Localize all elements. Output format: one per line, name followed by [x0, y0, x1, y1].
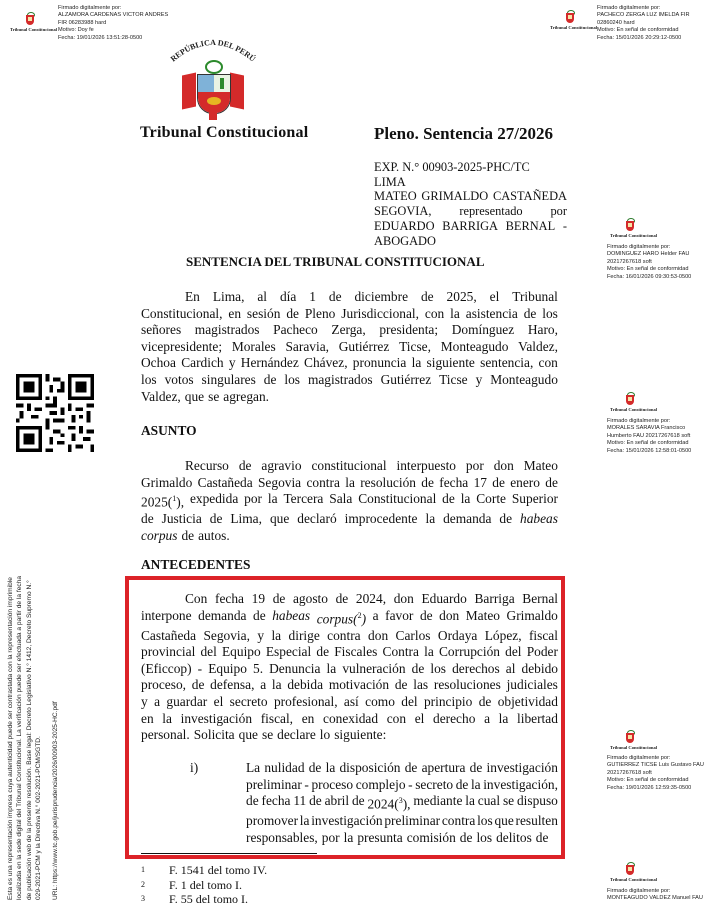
notice-line: 029-2021-PCM y la Directiva N.° 002-2021…	[34, 460, 43, 900]
case-party: EDUARDOBARRIGABERNAL-	[374, 219, 567, 234]
signature-line: Firmado digitalmente por:	[607, 418, 691, 425]
case-party: MATEOGRIMALDOCASTAÑEDA	[374, 189, 567, 204]
footnote: 3F. 55 del tomo I.	[141, 892, 267, 905]
footnotes: 1F. 1541 del tomo IV. 2F. 1 del tomo I. …	[141, 863, 267, 905]
signature-line: GUTIERREZ TICSE Luis Gustavo FAU	[607, 762, 704, 769]
signature-line: ALZAMORA CARDENAS VICTOR ANDRES	[58, 12, 168, 19]
section-heading-asunto: ASUNTO	[141, 423, 197, 439]
verification-notice: Esta es una representación impresa cuya …	[6, 460, 60, 900]
text-line: 2025(1),expedidaporlaTerceraSalaConstitu…	[141, 491, 558, 511]
tc-seal-icon: Tribunal Constitucional	[610, 218, 650, 238]
signature-block-monteagudo: Firmado digitalmente por: MONTEAGUDO VAL…	[607, 888, 703, 903]
signature-line: MONTEAGUDO VALDEZ Manuel FAU	[607, 895, 703, 902]
signature-block-pacheco: Firmado digitalmente por: PACHECO ZERGA …	[597, 5, 690, 42]
page-title: Pleno. Sentencia 27/2026	[374, 124, 553, 144]
signature-line: Motivo: En señal de conformidad	[607, 266, 691, 273]
text-line: Confecha19deagostode2024,donEduardoBarri…	[141, 591, 558, 608]
verification-url-link[interactable]: URL: https://www.tc.gob.pe/jurisprudenci…	[51, 460, 60, 900]
text-line: CastañedaSegovia,yladirigecontradonCarlo…	[141, 628, 558, 645]
signature-block-gutierrez: Firmado digitalmente por: GUTIERREZ TICS…	[607, 755, 704, 792]
signature-line: Fecha: 19/01/2026 12:59:35-0500	[607, 785, 704, 792]
seal-caption: Tribunal Constitucional	[610, 745, 650, 750]
seal-caption: Tribunal Constitucional	[10, 27, 50, 32]
tc-seal-icon: Tribunal Constitucional	[10, 12, 50, 32]
case-info: EXP. N.° 00903-2025-PHC/TC LIMA MATEOGRI…	[374, 160, 567, 248]
signature-line: Firmado digitalmente por:	[607, 755, 704, 762]
seal-caption: Tribunal Constitucional	[550, 25, 590, 30]
notice-line: de publicación web de la presente resolu…	[25, 460, 34, 900]
text-line: losvotossingularesdelosmagistradosGutiér…	[141, 372, 558, 389]
institution-name: Tribunal Constitucional	[140, 124, 285, 142]
text-line: defecha11deabrilde2024(3),mediantelacual…	[246, 793, 558, 813]
signature-line: 02860240 hard	[597, 20, 690, 27]
antecedentes-paragraph: Confecha19deagostode2024,donEduardoBarri…	[141, 591, 558, 744]
text-line: preliminar-procesocomplejo-secretodelain…	[246, 777, 558, 794]
text-line: responsables,porlapresuntacomisióndelosd…	[246, 830, 558, 847]
text-line: (Eficcop)-Equipo5.Denuncialavulneraciónd…	[141, 661, 558, 678]
signature-line: Firmado digitalmente por:	[607, 888, 703, 895]
intro-paragraph: EnLima,aldía1dediciembrede2025,elTribuna…	[141, 289, 558, 405]
text-line: vicepresidente;MoralesSaravia,GutiérrezT…	[141, 339, 558, 356]
text-line: provincialdelEquipoEspecialdeFiscalesCon…	[141, 644, 558, 661]
text-line: Constitucional,ensesióndePlenoJurisdicci…	[141, 306, 558, 323]
case-location: LIMA	[374, 175, 567, 190]
qr-code-icon[interactable]	[16, 374, 94, 452]
tribunal-logo: REPÚBLICA DEL PERÚ Tribunal Constitucion…	[140, 28, 285, 142]
signature-line: Motivo: En señal de conformidad	[597, 27, 690, 34]
signature-line: 20217267618 soft	[607, 259, 691, 266]
signature-line: Humberto FAU 20217267618 soft	[607, 433, 691, 440]
text-line: Valdez,queseagregan.	[141, 389, 558, 406]
signature-line: Fecha: 15/01/2026 20:29:12-0500	[597, 35, 690, 42]
tc-seal-icon: Tribunal Constitucional	[610, 392, 650, 412]
signature-line: PACHECO ZERGA LUZ IMELDA FIR	[597, 12, 690, 19]
signature-line: 20217267618 soft	[607, 770, 704, 777]
signature-line: Motivo: En señal de conformidad	[607, 777, 704, 784]
signature-line: DOMINGUEZ HARO Helder FAU	[607, 251, 691, 258]
signature-line: Firmado digitalmente por:	[597, 5, 690, 12]
footnote-divider	[141, 853, 317, 854]
text-line: Lanulidaddeladisposicióndeaperturadeinve…	[246, 760, 558, 777]
signature-line: Motivo: En señal de conformidad	[607, 440, 691, 447]
document-heading: SENTENCIA DEL TRIBUNAL CONSTITUCIONAL	[186, 254, 485, 270]
signature-line: Firmado digitalmente por:	[607, 244, 691, 251]
asunto-paragraph: Recursodeagravioconstitucionalinterpuest…	[141, 458, 558, 544]
tc-seal-icon: Tribunal Constitucional	[550, 10, 590, 30]
text-line: deJusticiadeLima,quedeclaróimprocedentel…	[141, 511, 558, 528]
case-party: ABOGADO	[374, 234, 567, 249]
text-line: corpusdeautos.	[141, 528, 558, 545]
text-line: Recursodeagravioconstitucionalinterpuest…	[141, 458, 558, 475]
signature-line: FIR 06283988 hard	[58, 20, 168, 27]
text-line: personal.Solicitaquesedeclarelosiguiente…	[141, 727, 558, 744]
section-heading-antecedentes: ANTECEDENTES	[141, 557, 250, 573]
text-line: EnLima,aldía1dediciembrede2025,elTribuna…	[141, 289, 558, 306]
notice-line: localizada en la sede digital del Tribun…	[15, 460, 24, 900]
signature-line: Firmado digitalmente por:	[58, 5, 168, 12]
signature-line: Fecha: 15/01/2026 12:58:01-0500	[607, 448, 691, 455]
signature-block-morales: Firmado digitalmente por: MORALES SARAVI…	[607, 418, 691, 455]
signature-block-dominguez: Firmado digitalmente por: DOMINGUEZ HARO…	[607, 244, 691, 281]
text-line: señoresmagistradosPachecoZerga,president…	[141, 322, 558, 339]
signature-line: MORALES SARAVIA Francisco	[607, 425, 691, 432]
text-line: OchoaCardichyHernándezChávez,pronunciala…	[141, 355, 558, 372]
footnote: 1F. 1541 del tomo IV.	[141, 863, 267, 878]
tc-seal-icon: Tribunal Constitucional	[610, 862, 650, 882]
coat-of-arms-icon	[178, 60, 248, 122]
notice-line: Esta es una representación impresa cuya …	[6, 460, 15, 900]
text-line: promoverlainvestigaciónpreliminarcontral…	[246, 813, 558, 830]
seal-caption: Tribunal Constitucional	[610, 877, 650, 882]
text-line: enlainvestigaciónfiscal,enconexidadconel…	[141, 711, 558, 728]
case-party: SEGOVIA,representadopor	[374, 204, 567, 219]
text-line: GrimaldoCastañedaSegoviacontralaresoluci…	[141, 475, 558, 492]
seal-caption: Tribunal Constitucional	[610, 233, 650, 238]
signature-line: Fecha: 16/01/2026 09:30:53-0500	[607, 274, 691, 281]
text-line: proceso,dedefensa,aladebidamotivacióndel…	[141, 677, 558, 694]
list-item-body: Lanulidaddeladisposicióndeaperturadeinve…	[246, 760, 558, 846]
seal-caption: Tribunal Constitucional	[610, 407, 650, 412]
text-line: yaguardarelsecretoprofesional,asícomodel…	[141, 694, 558, 711]
case-number: EXP. N.° 00903-2025-PHC/TC	[374, 160, 567, 175]
list-marker: i)	[190, 760, 198, 777]
tc-seal-icon: Tribunal Constitucional	[610, 730, 650, 750]
footnote: 2F. 1 del tomo I.	[141, 878, 267, 893]
text-line: interponedemandadehabeascorpus(2)afavord…	[141, 608, 558, 628]
